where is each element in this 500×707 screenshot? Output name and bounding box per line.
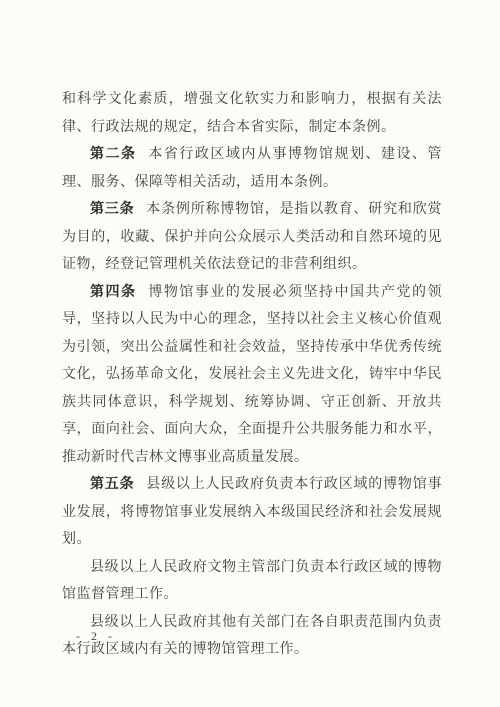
article-paragraph-2: 第二条本省行政区域内从事博物馆规划、建设、管理、服务、保障等相关活动，适用本条例… [62, 141, 442, 196]
sub-paragraph: 县级以上人民政府其他有关部门在各自职责范围内负责本行政区域内有关的博物馆管理工作… [62, 609, 442, 664]
article-number: 第二条 [90, 147, 137, 162]
article-number: 第四条 [90, 285, 137, 300]
article-paragraph-3: 第三条本条例所称博物馆，是指以教育、研究和欣赏为目的，收藏、保护并向公众展示人类… [62, 196, 442, 279]
continuation-paragraph: 和科学文化素质，增强文化软实力和影响力，根据有关法律、行政法规的规定，结合本省实… [62, 86, 442, 141]
article-text: 博物馆事业的发展必须坚持中国共产党的领导，坚持以人民为中心的理念，坚持以社会主义… [62, 285, 442, 465]
document-page: 和科学文化素质，增强文化软实力和影响力，根据有关法律、行政法规的规定，结合本省实… [0, 0, 500, 707]
document-body: 和科学文化素质，增强文化软实力和影响力，根据有关法律、行政法规的规定，结合本省实… [62, 86, 442, 664]
article-number: 第三条 [90, 202, 134, 217]
article-number: 第五条 [90, 477, 134, 492]
paragraph-text: 县级以上人民政府文物主管部门负责本行政区域的博物馆监督管理工作。 [62, 560, 442, 603]
sub-paragraph: 县级以上人民政府文物主管部门负责本行政区域的博物馆监督管理工作。 [62, 554, 442, 609]
article-paragraph-4: 第四条博物馆事业的发展必须坚持中国共产党的领导，坚持以人民为中心的理念，坚持以社… [62, 279, 442, 472]
paragraph-text: 县级以上人民政府其他有关部门在各自职责范围内负责本行政区域内有关的博物馆管理工作… [62, 615, 442, 658]
article-paragraph-5: 第五条县级以上人民政府负责本行政区域的博物馆事业发展，将博物馆事业发展纳入本级国… [62, 471, 442, 554]
paragraph-text: 和科学文化素质，增强文化软实力和影响力，根据有关法律、行政法规的规定，结合本省实… [62, 92, 442, 135]
page-number: - 2 - [76, 629, 116, 644]
